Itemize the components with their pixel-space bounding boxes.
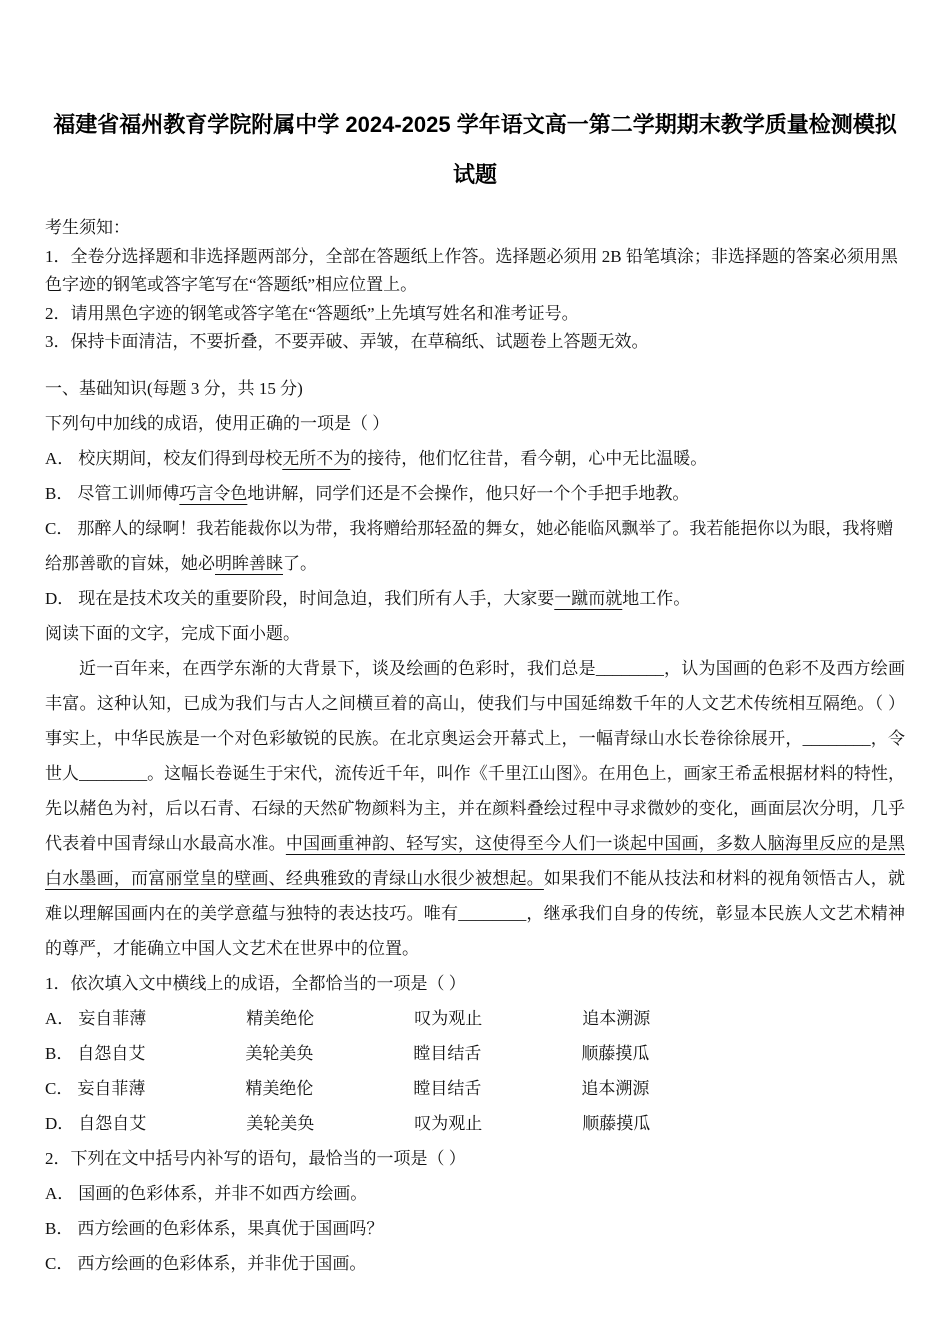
option-label: B． [45,1044,73,1063]
idiom: 追本溯源 [582,1001,650,1036]
option-text: 尽管工训师傅 [77,484,179,503]
option-label: A． [45,449,74,468]
q0-option-b: B．尽管工训师傅巧言令色地讲解，同学们还是不会操作，他只好一个个手把手地教。 [45,476,905,511]
option-label: D． [45,1114,74,1133]
exam-page: 福建省福州教育学院附属中学 2024-2025 学年语文高一第二学期期末教学质量… [0,0,950,1344]
option-text: 了。 [283,554,317,573]
q1-option-c: C．妄自菲薄精美绝伦瞠目结舌追本溯源 [45,1071,905,1106]
option-label: C． [45,519,73,538]
passage-segment: 近一百年来，在西学东渐的大背景下，谈及绘画的色彩时，我们总是________，认… [45,659,905,853]
idiom: 精美绝伦 [245,1071,413,1106]
idiom: 追本溯源 [581,1071,649,1106]
option-text: 现在是技术攻关的重要阶段，时间急迫，我们所有人手，大家要 [78,589,554,608]
option-label: B． [45,1219,73,1238]
idiom: 美轮美奂 [246,1106,414,1141]
option-text: 地讲解，同学们还是不会操作，他只好一个个手把手地教。 [247,484,689,503]
option-label: A． [45,1184,74,1203]
idiom: 顺藤摸瓜 [582,1106,650,1141]
q0-option-d: D．现在是技术攻关的重要阶段，时间急迫，我们所有人手，大家要一蹴而就地工作。 [45,581,905,616]
q1-stem: 1．依次填入文中横线上的成语，全都恰当的一项是（ ） [45,966,905,1001]
underlined-idiom: 明眸善睐 [215,554,283,573]
reading-passage: 近一百年来，在西学东渐的大背景下，谈及绘画的色彩时，我们总是________，认… [45,651,905,966]
option-label: A． [45,1009,74,1028]
idiom: 精美绝伦 [246,1001,414,1036]
idiom: 妄自菲薄 [77,1071,245,1106]
q2-option-a: A．国画的色彩体系，并非不如西方绘画。 [45,1176,905,1211]
notice-item-1: 1．全卷分选择题和非选择题两部分，全部在答题纸上作答。选择题必须用 2B 铅笔填… [45,243,905,300]
q1-option-d: D．自怨自艾美轮美奂叹为观止顺藤摸瓜 [45,1106,905,1141]
q0-stem: 下列句中加线的成语，使用正确的一项是（ ） [45,406,905,441]
idiom: 叹为观止 [414,1001,582,1036]
option-text: 校庆期间，校友们得到母校 [78,449,282,468]
q2-option-b: B．西方绘画的色彩体系，果真优于国画吗？ [45,1211,905,1246]
idiom: 自怨自艾 [77,1036,245,1071]
q1-option-a: A．妄自菲薄精美绝伦叹为观止追本溯源 [45,1001,905,1036]
q2-stem: 2．下列在文中括号内补写的语句，最恰当的一项是（ ） [45,1141,905,1176]
option-text: 西方绘画的色彩体系，并非优于国画。 [77,1254,366,1273]
option-label: C． [45,1254,73,1273]
option-text: 那醉人的绿啊！我若能裁你以为带，我将赠给那轻盈的舞女，她必能临风飘举了。我若能挹… [45,519,893,573]
q0-option-a: A．校庆期间，校友们得到母校无所不为的接待，他们忆往昔，看今朝，心中无比温暖。 [45,441,905,476]
reading-intro: 阅读下面的文字，完成下面小题。 [45,616,905,651]
option-label: C． [45,1079,73,1098]
section-basic-knowledge: 一、基础知识(每题 3 分，共 15 分) 下列句中加线的成语，使用正确的一项是… [45,371,905,1281]
notice-heading: 考生须知： [45,214,905,243]
option-text: 西方绘画的色彩体系，果真优于国画吗？ [77,1219,383,1238]
notice-item-2: 2．请用黑色字迹的钢笔或答字笔在“答题纸”上先填写姓名和准考证号。 [45,300,905,329]
page-title: 福建省福州教育学院附属中学 2024-2025 学年语文高一第二学期期末教学质量… [45,100,905,200]
underlined-idiom: 巧言令色 [179,484,247,503]
idiom: 瞠目结舌 [413,1036,581,1071]
notice-section: 考生须知： 1．全卷分选择题和非选择题两部分，全部在答题纸上作答。选择题必须用 … [45,214,905,357]
option-text: 国画的色彩体系，并非不如西方绘画。 [78,1184,367,1203]
idiom: 妄自菲薄 [78,1001,246,1036]
option-text: 的接待，他们忆往昔，看今朝，心中无比温暖。 [350,449,707,468]
underlined-idiom: 无所不为 [282,449,350,468]
q1-option-b: B．自怨自艾美轮美奂瞠目结舌顺藤摸瓜 [45,1036,905,1071]
notice-item-3: 3．保持卡面清洁，不要折叠，不要弄破、弄皱，在草稿纸、试题卷上答题无效。 [45,328,905,357]
option-label: B． [45,484,73,503]
idiom: 顺藤摸瓜 [581,1036,649,1071]
option-text: 地工作。 [622,589,690,608]
q0-option-c: C．那醉人的绿啊！我若能裁你以为带，我将赠给那轻盈的舞女，她必能临风飘举了。我若… [45,511,905,581]
section-heading: 一、基础知识(每题 3 分，共 15 分) [45,371,905,406]
q2-option-c: C．西方绘画的色彩体系，并非优于国画。 [45,1246,905,1281]
idiom: 自怨自艾 [78,1106,246,1141]
idiom: 叹为观止 [414,1106,582,1141]
idiom: 瞠目结舌 [413,1071,581,1106]
option-label: D． [45,589,74,608]
idiom: 美轮美奂 [245,1036,413,1071]
underlined-idiom: 一蹴而就 [554,589,622,608]
